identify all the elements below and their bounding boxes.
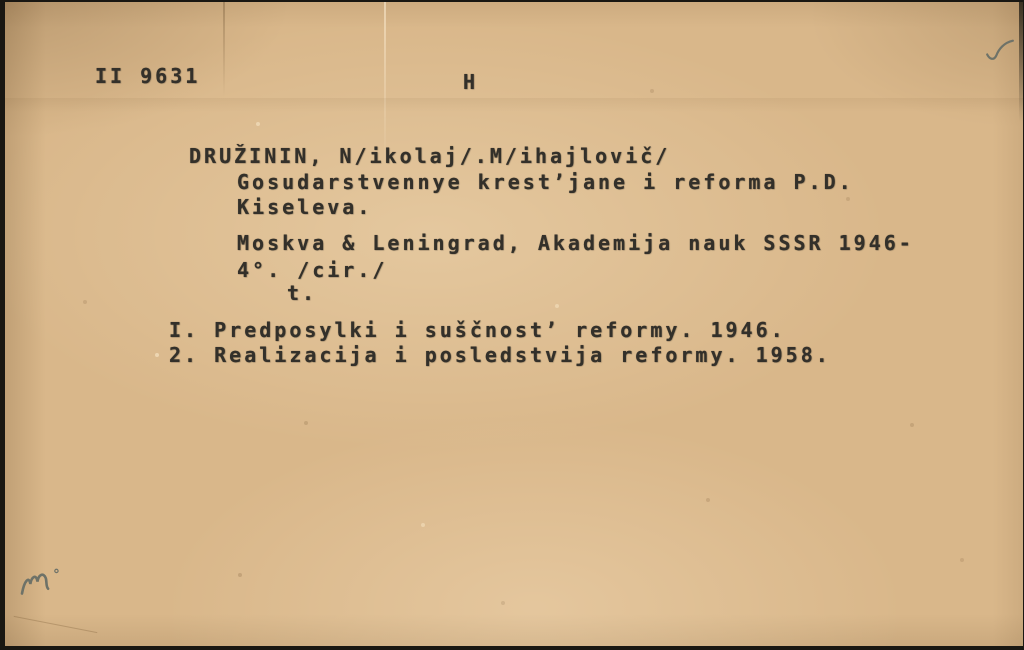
imprint-line-2: 4°. /cir./ <box>237 260 387 280</box>
pencil-check-mark <box>984 36 1019 67</box>
title-line-1: Gosudarstvennye krest’jane i reforma P.D… <box>237 172 854 192</box>
imprint-line-1: Moskva & Leningrad, Akademija nauk SSSR … <box>237 233 914 253</box>
imprint-line-3: t. <box>287 283 317 303</box>
contents-entry-1: I. Predposylki i suščnost’ reformy. 1946… <box>169 320 786 340</box>
card-edge-shadow <box>1019 2 1023 122</box>
call-number: II 9631 <box>95 66 200 86</box>
paper-fiber-line <box>14 616 98 633</box>
pencil-m-mark <box>17 565 65 603</box>
library-catalog-card: II 9631 H DRUŽININ, N/ikolaj/.M/ihajlovi… <box>5 2 1023 646</box>
author-line: DRUŽININ, N/ikolaj/.M/ihajlovič/ <box>189 146 670 166</box>
paper-crease-vertical-left <box>223 2 225 97</box>
paper-tone-band <box>5 98 1023 112</box>
heading-letter: H <box>463 72 478 92</box>
contents-entry-2: 2. Realizacija i posledstvija reformy. 1… <box>169 345 831 365</box>
title-line-2: Kiseleva. <box>237 197 372 217</box>
paper-speckles <box>5 2 7 4</box>
paper-crease-vertical-center <box>384 2 386 167</box>
